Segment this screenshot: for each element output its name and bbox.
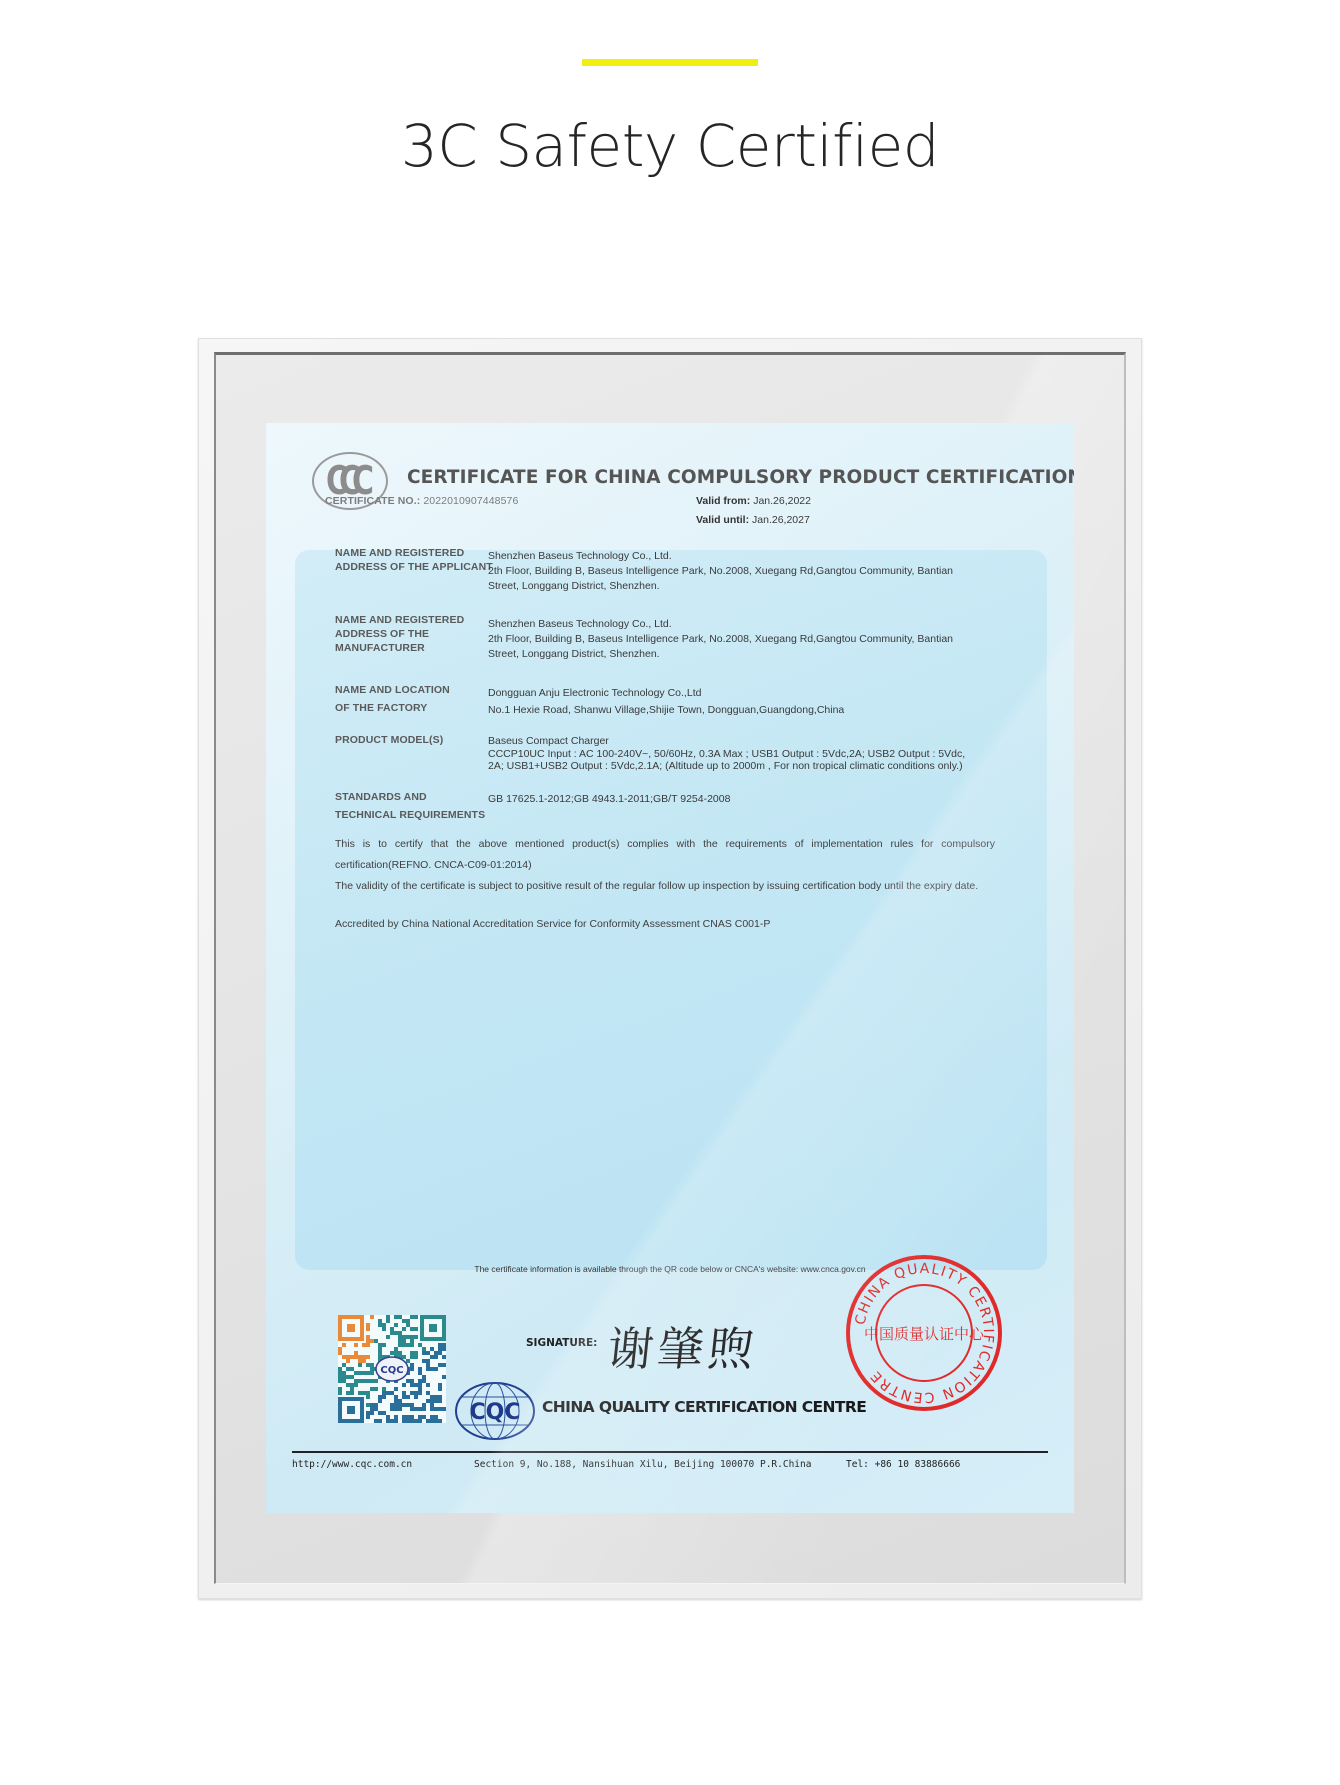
footer-website[interactable]: http://www.cqc.com.cn — [292, 1459, 412, 1470]
issuer-name: CHINA QUALITY CERTIFICATION CENTRE — [542, 1398, 866, 1416]
cqc-logo-icon: CQC — [454, 1381, 536, 1441]
field-label: NAME AND REGISTEREDADDRESS OF THEMANUFAC… — [335, 613, 464, 655]
official-seal-icon: CHINA QUALITY CERTIFICATION CENTRE 中国质量认… — [844, 1253, 1004, 1413]
field-label: PRODUCT MODEL(S) — [335, 733, 443, 747]
signature-label: SIGNATURE: — [526, 1337, 597, 1349]
valid-until: Valid until: Jan.26,2027 — [696, 512, 810, 528]
field-value: Baseus Compact ChargerCCCP10UC Input : A… — [488, 735, 965, 773]
accent-bar — [582, 59, 758, 66]
field-label: NAME AND LOCATIONOF THE FACTORY — [335, 681, 450, 717]
footer-address: Section 9, No.188, Nansihuan Xilu, Beiji… — [474, 1459, 811, 1470]
svg-text:中国质量认证中心: 中国质量认证中心 — [864, 1325, 985, 1343]
footer-tel: Tel: +86 10 83886666 — [846, 1459, 960, 1470]
field-value: Dongguan Anju Electronic Technology Co.,… — [488, 685, 844, 719]
field-value: Shenzhen Baseus Technology Co., Ltd.2th … — [488, 617, 953, 662]
field-value: GB 17625.1-2012;GB 4943.1-2011;GB/T 9254… — [488, 792, 730, 807]
certificate-heading: CERTIFICATE FOR CHINA COMPULSORY PRODUCT… — [407, 467, 1074, 488]
certificate-number: CERTIFICATE NO.: 2022010907448576 — [325, 493, 518, 509]
valid-from: Valid from: Jan.26,2022 — [696, 493, 811, 509]
statement-accreditation: Accredited by China National Accreditati… — [335, 914, 995, 935]
statement-validity: The validity of the certificate is subje… — [335, 876, 995, 897]
signature: 谢肇煦 — [605, 1313, 762, 1379]
page-title: 3C Safety Certified — [0, 112, 1340, 180]
statement-compliance: This is to certify that the above mentio… — [335, 834, 995, 876]
field-label: NAME AND REGISTEREDADDRESS OF THE APPLIC… — [335, 546, 493, 574]
field-label: STANDARDS ANDTECHNICAL REQUIREMENTS — [335, 788, 485, 824]
certificate: CCC CERTIFICATE FOR CHINA COMPULSORY PRO… — [266, 423, 1074, 1513]
qr-code[interactable]: CQC — [338, 1315, 446, 1423]
svg-text:CQC: CQC — [380, 1365, 403, 1376]
footer-divider — [292, 1451, 1048, 1453]
svg-text:CQC: CQC — [470, 1400, 521, 1425]
field-value: Shenzhen Baseus Technology Co., Ltd.2th … — [488, 549, 953, 594]
